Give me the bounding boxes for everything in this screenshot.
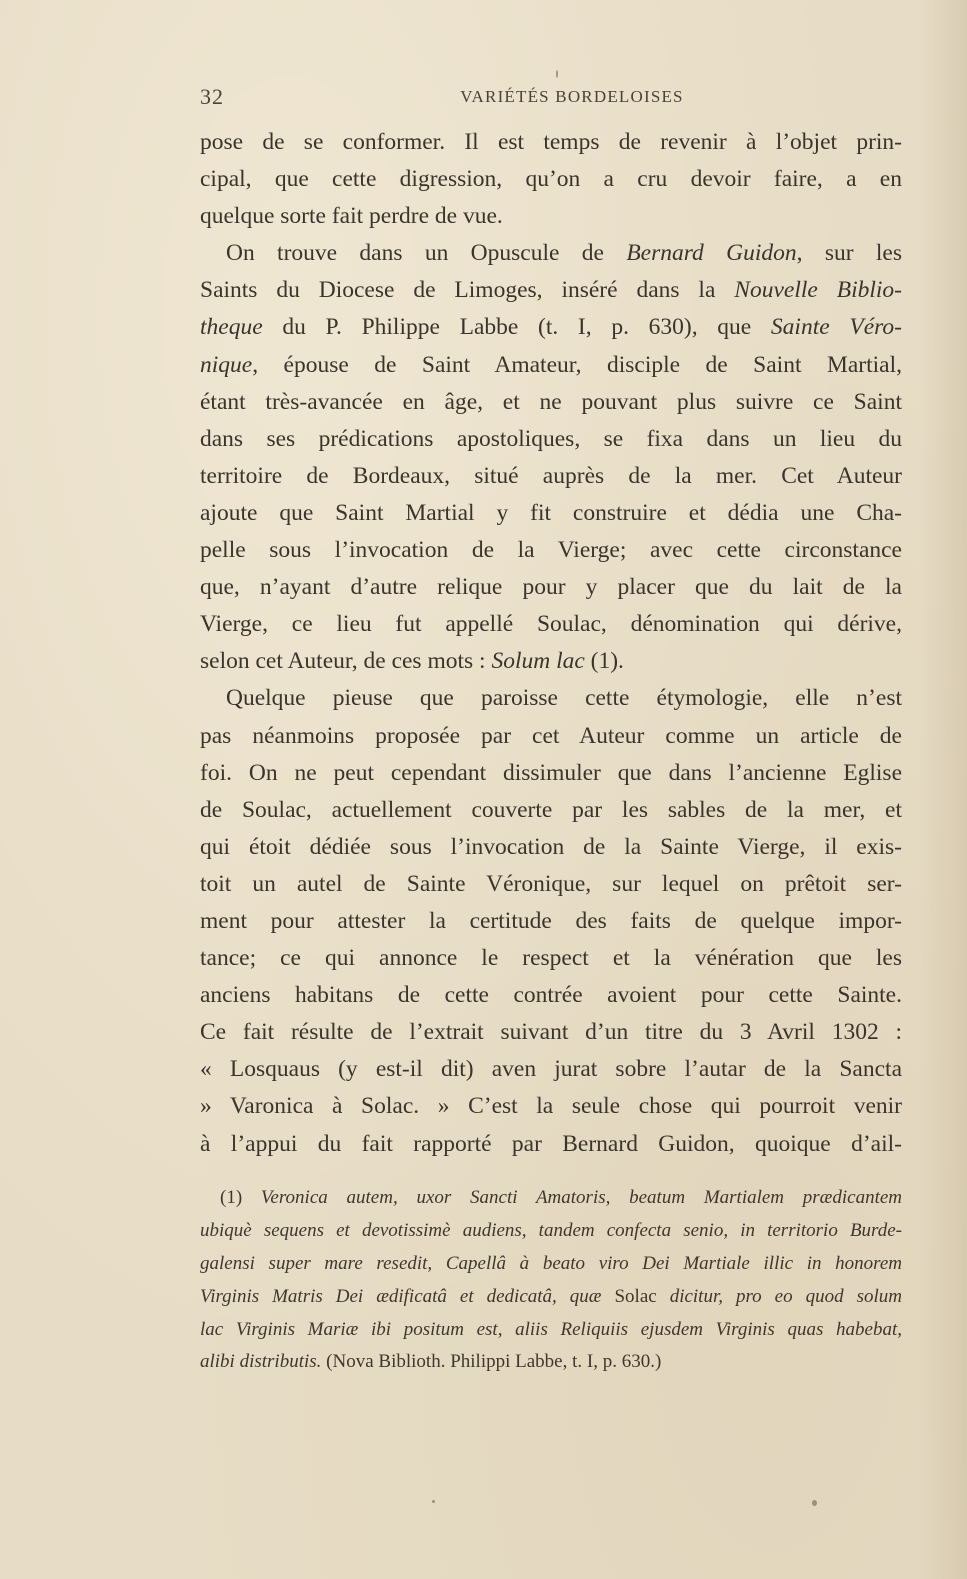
footnote-line: (1) Veronica autem, uxor Sancti Amatoris…: [200, 1182, 902, 1215]
footnote-line: alibi distributis. (Nova Biblioth. Phili…: [200, 1346, 902, 1379]
paper-speck: [812, 1500, 817, 1506]
text-line: theque du P. Philippe Labbe (t. I, p. 63…: [200, 309, 902, 346]
saint-name: nique: [200, 352, 252, 378]
text-line: tance; ce qui annonce le respect et la v…: [200, 940, 902, 977]
text-line: nique, épouse de Saint Amateur, disciple…: [200, 347, 902, 384]
footnote-line: Virginis Matris Dei ædificatâ et dedicat…: [200, 1281, 902, 1314]
text-line: selon cet Auteur, de ces mots : Solum la…: [200, 643, 902, 680]
paper-speck: [432, 1500, 435, 1503]
etymology-phrase: Solum lac: [491, 648, 584, 674]
footnote-citation: (Nova Biblioth. Philippi Labbe, t. I, p.…: [321, 1351, 661, 1372]
text-line: qui étoit dédiée sous l’invocation de la…: [200, 829, 902, 866]
text-line: Saints du Diocese de Limoges, inséré dan…: [200, 272, 902, 309]
text-line: On trouve dans un Opuscule de Bernard Gu…: [200, 235, 902, 272]
text-line: étant très-avancée en âge, et ne pouvant…: [200, 384, 902, 421]
saint-name: Sainte Véro-: [771, 314, 902, 340]
text-line: pelle sous l’invocation de la Vierge; av…: [200, 532, 902, 569]
footnote-line: lac Virginis Mariæ ibi positum est, alii…: [200, 1314, 902, 1347]
paper-speck: [556, 70, 558, 78]
text-line: ajoute que Saint Martial y fit construir…: [200, 495, 902, 532]
footnote-marker: (1): [220, 1187, 242, 1208]
text-line: à l’appui du fait rapporté par Bernard G…: [200, 1126, 902, 1163]
footnote-ref: (1).: [585, 648, 624, 674]
footnote-line: ubiquè sequens et devotissimè audiens, t…: [200, 1215, 902, 1248]
text-line: quelque sorte fait perdre de vue.: [200, 198, 902, 235]
text-line: pas néanmoins proposée par cet Auteur co…: [200, 718, 902, 755]
text-line: cipal, que cette digression, qu’on a cru…: [200, 161, 902, 198]
text-line: que, n’ayant d’autre relique pour y plac…: [200, 569, 902, 606]
book-title: Nouvelle Biblio-: [734, 277, 902, 303]
text-line: dans ses prédications apostoliques, se f…: [200, 421, 902, 458]
text-line: » Varonica à Solac. » C’est la seule cho…: [200, 1088, 902, 1125]
text-line: territoire de Bordeaux, situé auprès de …: [200, 458, 902, 495]
footnote: (1) Veronica autem, uxor Sancti Amatoris…: [200, 1182, 902, 1379]
book-page: 32 VARIÉTÉS BORDELOISES pose de se confo…: [0, 0, 967, 1579]
footnote-line: galensi super mare resedit, Capellâ à be…: [200, 1248, 902, 1281]
text-line: ment pour attester la certitude des fait…: [200, 903, 902, 940]
text-line: Ce fait résulte de l’extrait suivant d’u…: [200, 1014, 902, 1051]
text-line: Vierge, ce lieu fut appellé Soulac, déno…: [200, 606, 902, 643]
book-title: theque: [200, 314, 263, 340]
text-line: anciens habitans de cette contrée avoien…: [200, 977, 902, 1014]
running-title: VARIÉTÉS BORDELOISES: [200, 87, 902, 107]
running-head: 32 VARIÉTÉS BORDELOISES: [200, 84, 902, 114]
text-line: « Losquaus (y est-il dit) aven jurat sob…: [200, 1051, 902, 1088]
text-line: de Soulac, actuellement couverte par les…: [200, 792, 902, 829]
text-line: pose de se conformer. Il est temps de re…: [200, 124, 902, 161]
text-line: Quelque pieuse que paroisse cette étymol…: [200, 680, 902, 717]
author-name: Bernard Guidon: [626, 240, 796, 266]
body-text: pose de se conformer. Il est temps de re…: [200, 124, 902, 1163]
text-line: toit un autel de Sainte Véronique, sur l…: [200, 866, 902, 903]
text-line: foi. On ne peut cependant dissimuler que…: [200, 755, 902, 792]
